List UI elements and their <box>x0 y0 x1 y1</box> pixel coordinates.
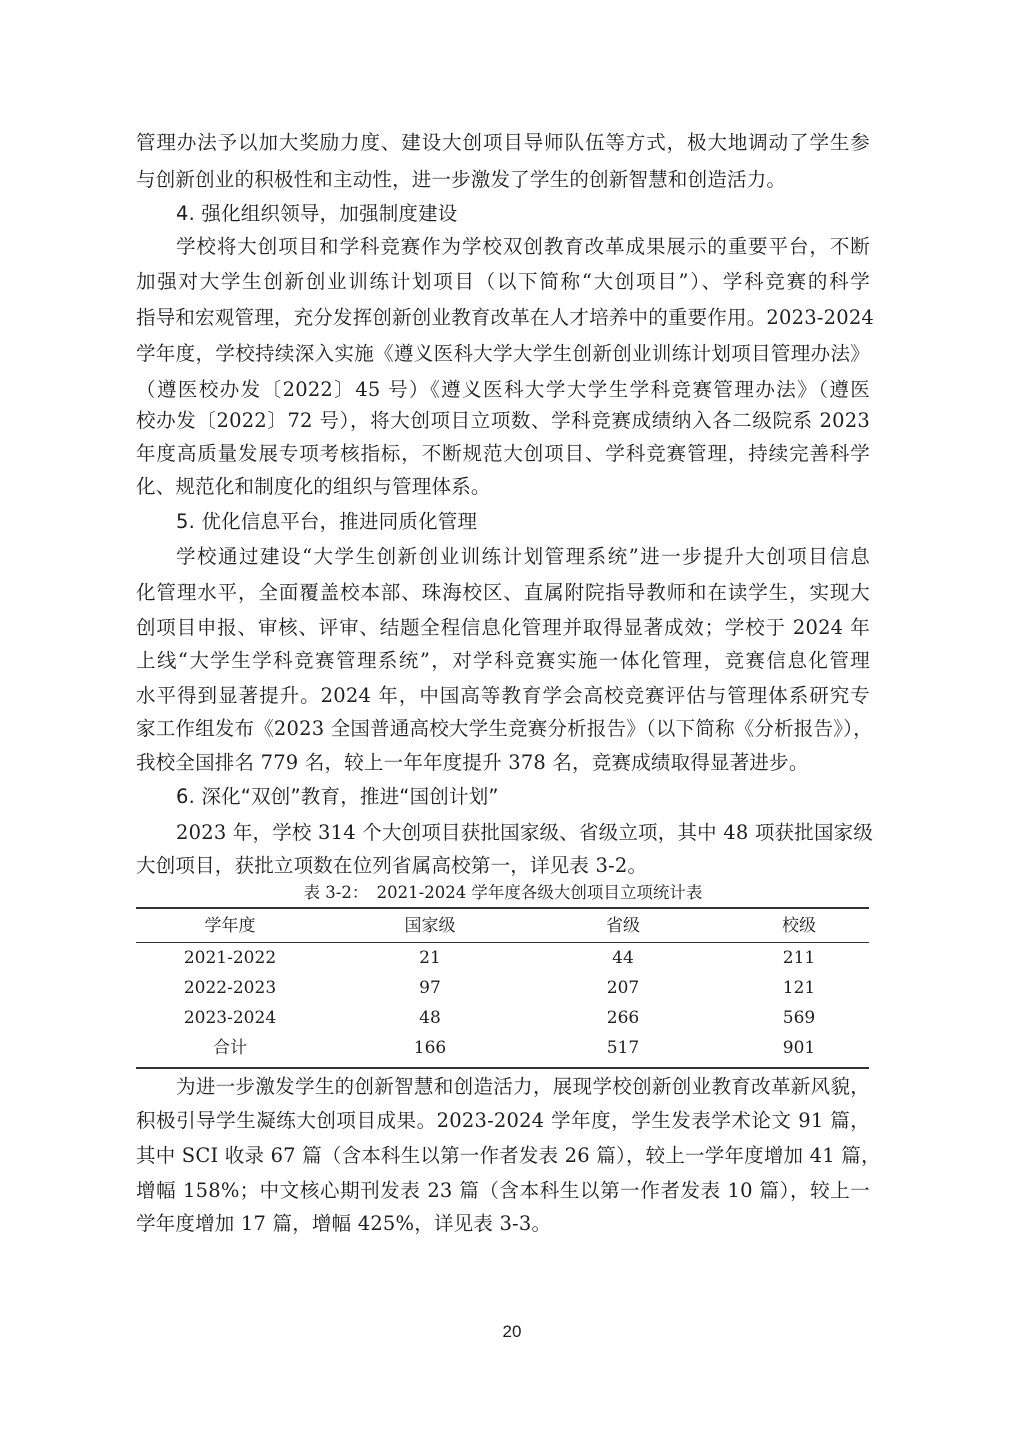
paragraph-line: 校办发〔2022〕72 号），将大创项目立项数、学科竞赛成绩纳入各二级院系 20… <box>136 409 870 433</box>
paragraph-line: 学校通过建设“大学生创新创业训练计划管理系统”进一步提升大创项目信息 <box>176 545 870 569</box>
paragraph-line: 加强对大学生创新创业训练计划项目（以下简称“大创项目”）、学科竞赛的科学 <box>136 270 870 294</box>
table-cell: 97 <box>350 978 510 998</box>
table-cell: 166 <box>350 1038 510 1058</box>
table-cell: 901 <box>719 1038 879 1058</box>
paragraph-line: 水平得到显著提升。2024 年，中国高等教育学会高校竞赛评估与管理体系研究专 <box>136 684 870 708</box>
table-top-rule <box>136 907 869 909</box>
paragraph-line: 家工作组发布《2023 全国普通高校大学生竞赛分析报告》（以下简称《分析报告》）… <box>136 717 870 741</box>
paragraph-line: 我校全国排名 779 名，较上一年年度提升 378 名，竞赛成绩取得显著进步。 <box>136 751 870 775</box>
table-caption: 表 3-2： 2021-2024 学年度各级大创项目立项统计表 <box>136 883 870 903</box>
table-header-cell: 学年度 <box>150 916 310 936</box>
paragraph-line: 化管理水平，全面覆盖校本部、珠海校区、直属附院指导教师和在读学生，实现大 <box>136 581 870 605</box>
paragraph-line: 上线“大学生学科竞赛管理系统”，对学科竞赛实施一体化管理，竞赛信息化管理 <box>136 649 870 673</box>
table-cell: 211 <box>719 948 879 968</box>
paragraph-line: 化、规范化和制度化的组织与管理体系。 <box>136 475 870 499</box>
table-header-cell: 国家级 <box>350 916 510 936</box>
paragraph-line: 与创新创业的积极性和主动性，进一步激发了学生的创新智慧和创造活力。 <box>136 168 870 192</box>
table-header-cell: 校级 <box>719 916 879 936</box>
paragraph-line: 2023 年，学校 314 个大创项目获批国家级、省级立项，其中 48 项获批国… <box>176 821 870 845</box>
table-cell: 569 <box>719 1008 879 1028</box>
table-bottom-rule <box>136 1067 869 1069</box>
page-number: 20 <box>0 1322 1024 1342</box>
table-cell: 2021-2022 <box>150 948 310 968</box>
paragraph-line: 管理办法予以加大奖励力度、建设大创项目导师队伍等方式，极大地调动了学生参 <box>136 131 870 155</box>
table-cell: 2023-2024 <box>150 1008 310 1028</box>
paragraph-line: 学校将大创项目和学科竞赛作为学校双创教育改革成果展示的重要平台，不断 <box>176 235 870 259</box>
paragraph-line: 指导和宏观管理，充分发挥创新创业教育改革在人才培养中的重要作用。2023-202… <box>136 306 870 330</box>
table-cell: 44 <box>543 948 703 968</box>
paragraph-line: 积极引导学生凝练大创项目成果。2023-2024 学年度，学生发表学术论文 91… <box>136 1109 870 1133</box>
table-cell: 48 <box>350 1008 510 1028</box>
table-cell: 121 <box>719 978 879 998</box>
paragraph-line: （遵医校办发〔2022〕45 号）《遵义医科大学大学生学科竞赛管理办法》（遵医 <box>136 378 870 402</box>
table-cell: 266 <box>543 1008 703 1028</box>
table-cell: 合计 <box>150 1038 310 1058</box>
paragraph-line: 为进一步激发学生的创新智慧和创造活力，展现学校创新创业教育改革新风貌， <box>176 1075 870 1099</box>
table-header-cell: 省级 <box>543 916 703 936</box>
table-cell: 517 <box>543 1038 703 1058</box>
paragraph-line: 创项目申报、审核、评审、结题全程信息化管理并取得显著成效；学校于 2024 年 <box>136 616 870 640</box>
section-heading-4: 4. 强化组织领导，加强制度建设 <box>176 202 910 226</box>
paragraph-line: 大创项目，获批立项数在位列省属高校第一，详见表 3-2。 <box>136 854 870 878</box>
paragraph-line: 其中 SCI 收录 67 篇（含本科生以第一作者发表 26 篇），较上一学年度增… <box>136 1144 870 1168</box>
paragraph-line: 学年度增加 17 篇，增幅 425%，详见表 3-3。 <box>136 1212 870 1236</box>
section-heading-5: 5. 优化信息平台，推进同质化管理 <box>176 510 910 534</box>
paragraph-line: 年度高质量发展专项考核指标，不断规范大创项目、学科竞赛管理，持续完善科学 <box>136 442 870 466</box>
paragraph-line: 增幅 158%；中文核心期刊发表 23 篇（含本科生以第一作者发表 10 篇），… <box>136 1179 870 1203</box>
table-cell: 21 <box>350 948 510 968</box>
section-heading-6: 6. 深化“双创”教育，推进“国创计划” <box>176 785 910 809</box>
paragraph-line: 学年度，学校持续深入实施《遵义医科大学大学生创新创业训练计划项目管理办法》 <box>136 342 870 366</box>
table-cell: 207 <box>543 978 703 998</box>
table-header-rule <box>136 942 869 943</box>
table-cell: 2022-2023 <box>150 978 310 998</box>
